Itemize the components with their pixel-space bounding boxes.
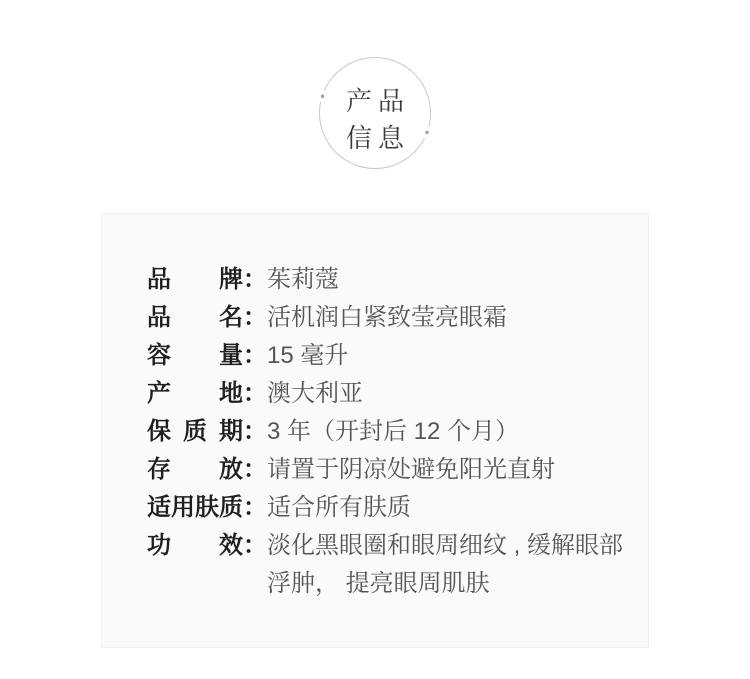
row-colon: ： <box>243 299 267 337</box>
row-colon: ： <box>243 451 267 489</box>
row-label: 品名 <box>147 299 243 337</box>
row-label: 保质期 <box>147 413 243 451</box>
info-row-origin: 产地 ： 澳大利亚 <box>147 375 638 413</box>
row-label: 产地 <box>147 375 243 413</box>
info-row-volume: 容量 ： 15 毫升 <box>147 337 638 375</box>
info-row-shelf-life: 保质期 ： 3 年（开封后 12 个月） <box>147 413 638 451</box>
row-label: 功效 <box>147 527 243 565</box>
row-colon: ： <box>243 413 267 451</box>
product-info-card: 品牌 ： 茱莉蔻 品名 ： 活机润白紧致莹亮眼霜 容量 ： 15 毫升 产地 ：… <box>101 213 649 648</box>
info-row-brand: 品牌 ： 茱莉蔻 <box>147 261 638 299</box>
badge-title-line1: 产品 <box>316 83 434 120</box>
row-label: 适用肤质 <box>147 489 243 527</box>
row-colon: ： <box>243 527 267 565</box>
row-value: 澳大利亚 <box>267 375 638 413</box>
info-row-skin-type: 适用肤质 ： 适合所有肤质 <box>147 489 638 527</box>
info-row-storage: 存放 ： 请置于阴凉处避免阳光直射 <box>147 451 638 489</box>
row-value: 淡化黑眼圈和眼周细纹 , 缓解眼部 浮肿， 提亮眼周肌肤 <box>267 527 638 603</box>
row-value: 15 毫升 <box>267 337 638 375</box>
row-label: 存放 <box>147 451 243 489</box>
product-info-page: 产品 信息 品牌 ： 茱莉蔻 品名 ： 活机润白紧致莹亮眼霜 容量 ： 15 毫… <box>0 0 750 679</box>
row-colon: ： <box>243 489 267 527</box>
row-label: 容量 <box>147 337 243 375</box>
row-colon: ： <box>243 337 267 375</box>
badge-title: 产品 信息 <box>316 83 434 157</box>
badge-title-line2: 信息 <box>316 120 434 157</box>
row-label: 品牌 <box>147 261 243 299</box>
product-info-badge: 产品 信息 <box>316 54 434 172</box>
info-row-product-name: 品名 ： 活机润白紧致莹亮眼霜 <box>147 299 638 337</box>
row-colon: ： <box>243 261 267 299</box>
info-row-effects: 功效 ： 淡化黑眼圈和眼周细纹 , 缓解眼部 浮肿， 提亮眼周肌肤 <box>147 527 638 603</box>
row-value: 3 年（开封后 12 个月） <box>267 413 638 451</box>
row-value: 请置于阴凉处避免阳光直射 <box>267 451 638 489</box>
row-value: 活机润白紧致莹亮眼霜 <box>267 299 638 337</box>
row-value: 适合所有肤质 <box>267 489 638 527</box>
row-value: 茱莉蔻 <box>267 261 638 299</box>
row-colon: ： <box>243 375 267 413</box>
